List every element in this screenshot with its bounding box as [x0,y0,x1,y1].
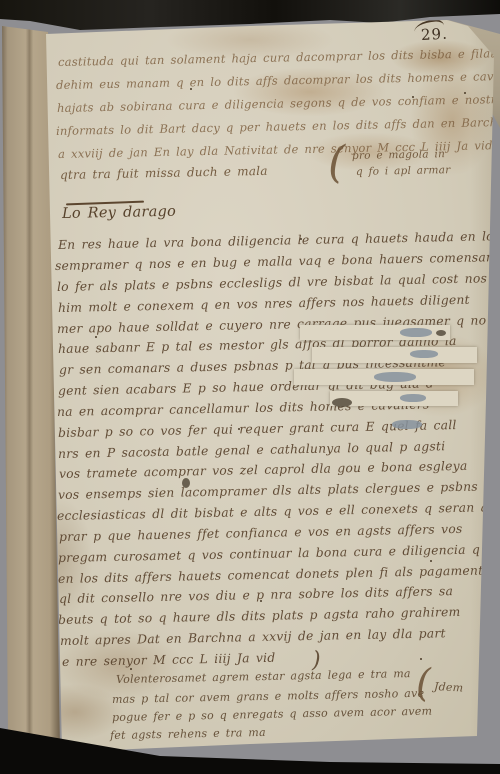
damage-smudge [400,394,426,402]
ink-blot [332,398,352,407]
letter-heading: Lo Rey darago [62,204,176,222]
letter-body-line: molt apres Dat en Barchna a xxvij de jan… [60,626,446,648]
repair-patch [312,347,477,363]
chancery-note-line: q fo i apl armar [356,164,451,178]
damage-smudge [374,372,416,382]
opening-paragraph-line: hajats ab sobirana cura e diligencia seg… [57,91,500,115]
margin-note-bracket: ( [416,664,431,702]
manuscript-photo: 29. castituda qui tan solament haja cura… [0,0,500,774]
opening-paragraph-line: informats lo dit Bart dacy q per hauets … [56,115,500,138]
postscript-line: Volenterosamet agrem estar agsta lega e … [116,667,411,686]
ink-blot [436,330,446,336]
damage-smudge [392,420,422,429]
postscript-line: mas p tal cor avem grans e molts affers … [112,687,425,706]
manuscript-page: 29. castituda qui tan solament haja cura… [0,0,500,774]
damage-smudge [400,328,432,337]
letter-body-line: prar p que hauenes ffet confianca e vos … [59,522,463,544]
letter-body-line: lo fer als plats e psbns ecclesligs dl v… [57,271,500,294]
letter-body-line: him molt e conexem q en vos nres affers … [58,293,470,315]
ink-blot [182,478,190,488]
margin-note: Jdem [434,680,464,695]
letter-body-line: en los dits affers hauets comencat donet… [58,563,490,586]
letter-body-line: beuts q tot so q haure dls dits plats p … [58,605,461,627]
registration-note: qtra tra fuit missa duch e mala [60,164,268,182]
ink-specks [190,88,192,90]
chancery-note-line: pro e magola in [352,148,445,162]
letter-body-line: vos tramete acomprar vos zel caprol dla … [59,459,468,481]
letter-body-line: vos ensemps sien lacompramer dls alts pl… [58,480,478,502]
letter-body-line: e nre senyor M ccc L iiij Ja vid [62,651,276,669]
opening-paragraph-line: castituda qui tan solament haja cura dac… [58,45,500,69]
postscript-line: pogue fer e p so q enregats q asso avem … [112,705,432,724]
opening-paragraph-line: dehim eus manam q en lo dits affs dacomp… [56,68,500,92]
letter-body-line: ql dit consello nre vos diu e p nra sobr… [59,584,453,606]
postscript-line: fet agsts rehens e tra ma [110,726,266,742]
letter-body-line: En res haue la vra bona diligencia le cu… [58,229,494,252]
cut-off-line [320,742,344,751]
letter-body-line: nrs en P sacosta batle genal e cathaluny… [58,439,446,461]
cut-off-line [236,746,266,756]
letter-body-line: sempramer q nos e en bug e malla vaq e b… [55,250,492,273]
letter-body-line: pregam curosamet q vos continuar la bona… [58,543,480,565]
damage-smudge [410,350,438,358]
chancery-note-bracket: ( [328,141,345,185]
cut-off-line [185,745,227,756]
letter-body-line: ecclesiasticas dl dit bisbat e alts q vo… [57,500,500,523]
folio-number: 29. [421,25,449,44]
